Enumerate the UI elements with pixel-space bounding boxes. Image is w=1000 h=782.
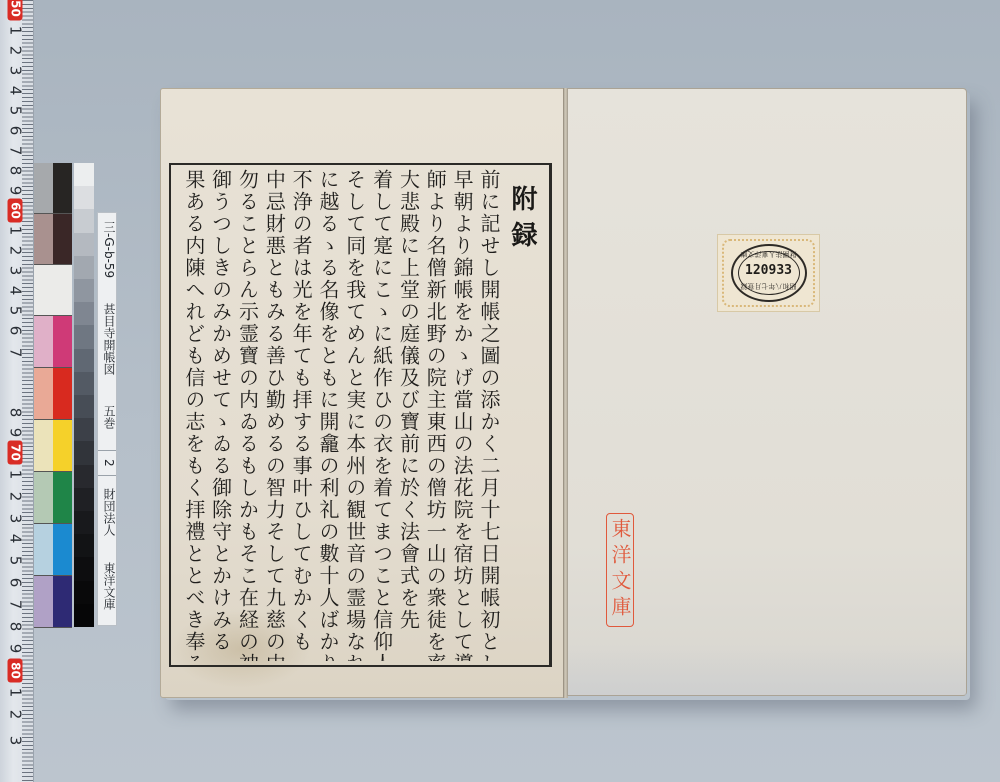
color-patch-light xyxy=(34,576,53,628)
divider xyxy=(98,475,116,476)
color-patch-dark xyxy=(53,472,72,524)
gray-step xyxy=(74,534,94,558)
gray-step xyxy=(74,256,94,280)
ruler-label: 6 xyxy=(8,571,23,595)
seal-text: 東洋文庫 xyxy=(608,518,632,622)
ruler-label: 7 xyxy=(8,593,23,617)
color-calibration-chart xyxy=(34,163,94,627)
ruler-label: 80 xyxy=(8,659,23,683)
color-patch-light xyxy=(34,316,53,368)
color-patch-light xyxy=(34,420,53,472)
text-column: 前に記せし開帳之圖の添かく二月十七日開帳初として xyxy=(476,169,503,661)
gray-step xyxy=(74,279,94,303)
call-number: 三-G-b-59 xyxy=(98,217,118,283)
text-column: 中忌財悪ともみる善ひ勤めるの智力そして九慈の中 xyxy=(261,169,288,661)
ruler-label: 5 xyxy=(8,549,23,573)
catalog-label-strip: 三-G-b-59 甚目寺開帳図 五巻 2 財団法人 東洋文庫 xyxy=(97,212,117,626)
accession-number: 120933 xyxy=(718,263,819,278)
ruler-ticks xyxy=(22,0,33,782)
volume-number: 2 xyxy=(98,453,118,473)
right-page: 財團法人東洋文庫 120933 昭和八年七月登録 東洋文庫 xyxy=(567,88,967,696)
color-patch-light xyxy=(34,214,53,265)
gray-step xyxy=(74,349,94,373)
text-column: 早朝より錦帳をかゝげ當山の法花院を宿坊として導 xyxy=(449,169,476,661)
color-patch-light xyxy=(34,368,53,420)
text-column: 果ある内陳へれども信の志をもく拝禮ととべき奉る xyxy=(181,169,208,661)
color-patch-dark xyxy=(53,163,72,214)
ruler-label: 7 xyxy=(8,341,23,365)
ruler-label: 3 xyxy=(8,729,23,753)
section-heading: 附録 xyxy=(504,185,541,257)
measuring-ruler: 50123456789601234567897012345678980123 xyxy=(0,0,34,782)
text-column: に越るゝる名像をともに開龕の利礼の數十人ばかり身心 xyxy=(315,169,342,661)
owner-organization: 財団法人 xyxy=(98,479,118,545)
stamp-lower-text: 昭和八年七月登録 xyxy=(718,281,819,291)
gray-step xyxy=(74,418,94,442)
gray-step xyxy=(74,372,94,396)
text-frame: 附録 前に記せし開帳之圖の添かく二月十七日開帳初として早朝より錦帳をかゝげ當山の… xyxy=(169,163,552,667)
text-column: 御うつしきのみかめせてゝゐる御除守とかけみる xyxy=(208,169,235,661)
text-column: そして同を我てめんと実に本州の観世音の霊場なれども化 xyxy=(342,169,369,661)
color-patch-light xyxy=(34,265,53,316)
volume-count: 五巻 xyxy=(98,397,118,437)
color-patch-dark xyxy=(53,265,72,316)
page-edge-shading xyxy=(568,645,966,695)
gray-step xyxy=(74,488,94,512)
gray-step xyxy=(74,325,94,349)
divider xyxy=(98,450,116,451)
color-patch-dark xyxy=(53,214,72,265)
library-accession-label: 財團法人東洋文庫 120933 昭和八年七月登録 xyxy=(717,234,820,312)
document-title: 甚目寺開帳図 xyxy=(98,293,118,385)
color-patch-dark xyxy=(53,368,72,420)
text-column: 師より名僧新北野の院主東西の僧坊一山の衆徒を率 xyxy=(422,169,449,661)
gray-step xyxy=(74,233,94,257)
color-patch-light xyxy=(34,524,53,576)
gray-step xyxy=(74,557,94,581)
text-column: 勿ることらん示霊寶の内ゐるもしかもそこ在経の神器の xyxy=(235,169,262,661)
left-page: 附録 前に記せし開帳之圖の添かく二月十七日開帳初として早朝より錦帳をかゝげ當山の… xyxy=(160,88,566,698)
text-column: 大悲殿に上堂の庭儀及び寶前に於く法會式を先 xyxy=(396,169,423,661)
gray-step xyxy=(74,511,94,535)
text-columns: 前に記せし開帳之圖の添かく二月十七日開帳初として早朝より錦帳をかゝげ當山の法花院… xyxy=(181,169,503,661)
ruler-label: 8 xyxy=(8,615,23,639)
ruler-label: 2 xyxy=(8,703,23,727)
gray-step xyxy=(74,209,94,233)
gray-step xyxy=(74,395,94,419)
ruler-label: 6 xyxy=(8,319,23,343)
ruler-label: 4 xyxy=(8,527,23,551)
gray-step xyxy=(74,186,94,210)
color-patch-dark xyxy=(53,420,72,472)
ruler-label: 70 xyxy=(8,441,23,465)
gray-step xyxy=(74,302,94,326)
ruler-label: 1 xyxy=(8,463,23,487)
color-patch-dark xyxy=(53,576,72,628)
library-seal: 東洋文庫 xyxy=(606,513,634,627)
stamp-upper-text: 財團法人東洋文庫 xyxy=(718,249,819,259)
text-column: 不浄の者は光を年ても拝する事叶ひしてむかくも xyxy=(288,169,315,661)
gray-step xyxy=(74,441,94,465)
color-patch-light xyxy=(34,163,53,214)
color-patch-dark xyxy=(53,524,72,576)
text-column: 着して寔にこゝに紙作ひの衣を着てまつこと信仰人 xyxy=(369,169,396,661)
color-patch-dark xyxy=(53,316,72,368)
owner-name: 東洋文庫 xyxy=(98,553,118,619)
gray-step xyxy=(74,581,94,605)
ruler-label: 2 xyxy=(8,485,23,509)
color-patch-light xyxy=(34,472,53,524)
gray-step xyxy=(74,163,94,187)
gray-step xyxy=(74,604,94,628)
ruler-label: 1 xyxy=(8,681,23,705)
ruler-label: 50 xyxy=(8,0,23,21)
gray-step xyxy=(74,465,94,489)
ruler-label: 9 xyxy=(8,637,23,661)
